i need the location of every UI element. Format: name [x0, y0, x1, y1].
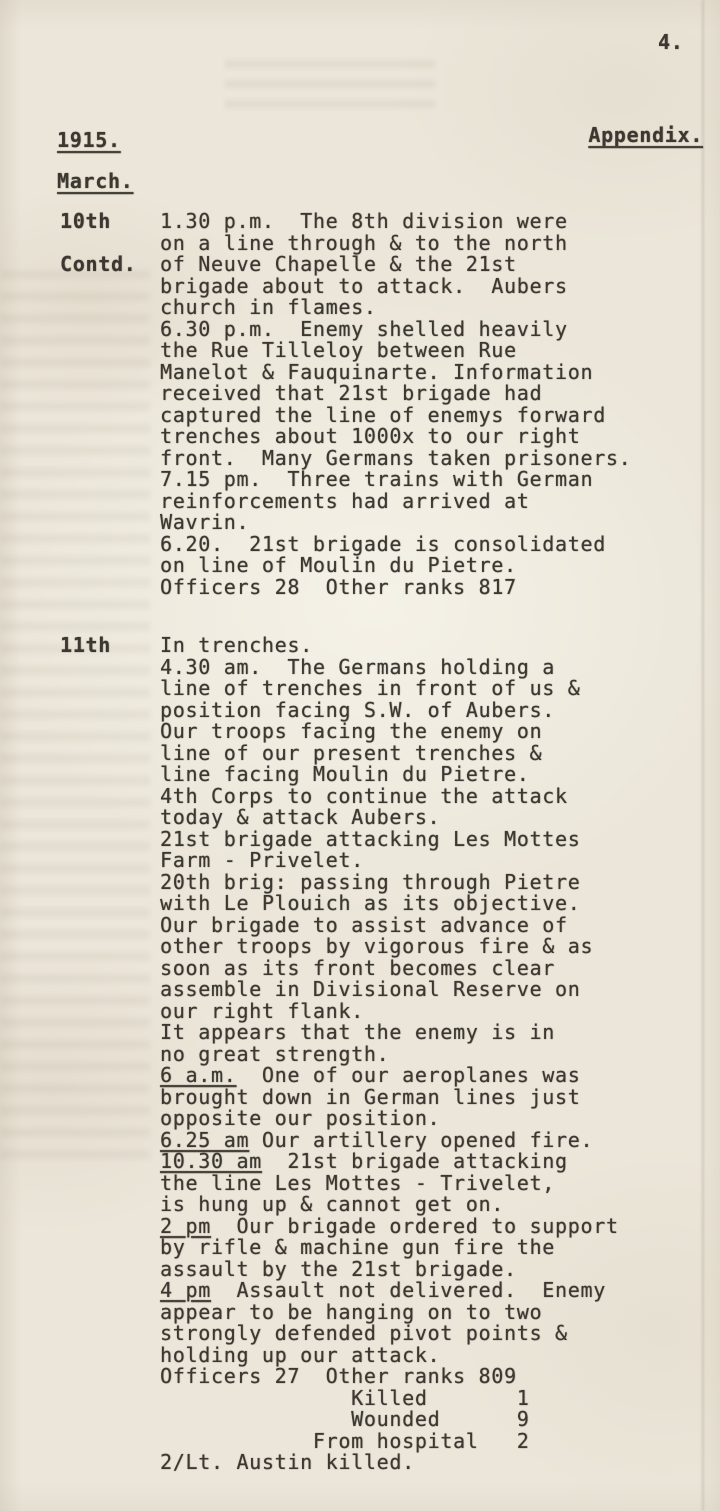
entry-date-label: 11th [60, 635, 111, 657]
paper-bleed-texture [225, 60, 435, 115]
casualty-label: Wounded [351, 1407, 440, 1431]
entry-line: front. Many Germans taken prisoners. [160, 448, 707, 470]
underlined-time: 2 pm [160, 1214, 211, 1238]
entry-line: assault by the 21st brigade. [160, 1259, 707, 1281]
entry-line: assemble in Divisional Reserve on [160, 979, 707, 1001]
entry-line: Officers 28 Other ranks 817 [160, 577, 707, 599]
entry-line: church in flames. [160, 297, 707, 319]
casualty-value: 1 [517, 1386, 530, 1410]
entry-line: reinforcements had arrived at [160, 491, 707, 513]
entry-line: appear to be hanging on to two [160, 1302, 707, 1324]
entry-line: on line of Moulin du Pietre. [160, 555, 707, 577]
entry-date-column: 11th [57, 635, 160, 1474]
entry-body: In trenches.4.30 am. The Germans holding… [160, 635, 707, 1474]
entry-line: brigade about to attack. Aubers [160, 276, 707, 298]
diary-entries: 10thContd. 1.30 p.m. The 8th division we… [57, 211, 707, 1474]
year-heading: 1915. [57, 128, 121, 152]
entry-line: the line Les Mottes - Trivelet, [160, 1173, 707, 1195]
entry-line: 6.30 p.m. Enemy shelled heavily [160, 319, 707, 341]
entry-line: line of our present trenches & [160, 743, 707, 765]
entry-line: 6.20. 21st brigade is consolidated [160, 534, 707, 556]
entry-line: Manelot & Fauquinarte. Information [160, 362, 707, 384]
entry-date-label: 10th [60, 211, 111, 233]
entry-line: our right flank. [160, 1001, 707, 1023]
entry-line: 10.30 am 21st brigade attacking [160, 1151, 707, 1173]
entry-line: In trenches. [160, 635, 707, 657]
entry-line: 4th Corps to continue the attack [160, 786, 707, 808]
entry-line: by rifle & machine gun fire the [160, 1237, 707, 1259]
entry-line: 4.30 am. The Germans holding a [160, 657, 707, 679]
entry-line: with Le Plouich as its objective. [160, 893, 707, 915]
underlined-time: 10.30 am [160, 1149, 262, 1173]
month-heading: March. [57, 169, 133, 193]
entry-line: line facing Moulin du Pietre. [160, 764, 707, 786]
casualty-value: 9 [517, 1407, 530, 1431]
diary-entry: 11th In trenches.4.30 am. The Germans ho… [57, 635, 707, 1474]
entry-line: holding up our attack. [160, 1345, 707, 1367]
casualty-label: From hospital [313, 1429, 479, 1453]
underlined-time: 6.25 am [160, 1128, 249, 1152]
entry-line: received that 21st brigade had [160, 383, 707, 405]
entry-line: other troops by vigorous fire & as [160, 936, 707, 958]
document-page: 4. 1915. Appendix. March. 10thContd. 1.3… [0, 0, 720, 1511]
entry-line: 6 a.m. One of our aeroplanes was [160, 1065, 707, 1087]
casualty-label: Killed [351, 1386, 427, 1410]
entry-line: line of trenches in front of us & [160, 678, 707, 700]
underlined-time: 6 a.m. [160, 1063, 236, 1087]
entry-body: 1.30 p.m. The 8th division wereon a line… [160, 211, 707, 598]
entry-line: opposite our position. [160, 1108, 707, 1130]
entry-line: captured the line of enemys forward [160, 405, 707, 427]
entry-line: no great strength. [160, 1044, 707, 1066]
entry-line: Officers 27 Other ranks 809 [160, 1366, 707, 1388]
entry-line: is hung up & cannot get on. [160, 1194, 707, 1216]
appendix-heading: Appendix. [588, 123, 703, 147]
entry-line: 2/Lt. Austin killed. [160, 1452, 707, 1474]
casualty-value: 2 [517, 1429, 530, 1453]
entry-line: Farm - Privelet. [160, 850, 707, 872]
entry-line: the Rue Tilleloy between Rue [160, 340, 707, 362]
entry-line: of Neuve Chapelle & the 21st [160, 254, 707, 276]
entry-line: today & attack Aubers. [160, 807, 707, 829]
entry-line: Our troops facing the enemy on [160, 721, 707, 743]
entry-line: 6.25 am Our artillery opened fire. [160, 1130, 707, 1152]
entry-date-column: 10thContd. [57, 211, 160, 598]
casualty-row: Wounded 9 [160, 1409, 707, 1431]
casualty-row: Killed 1 [160, 1388, 707, 1410]
entry-line: 4 pm Assault not delivered. Enemy [160, 1280, 707, 1302]
underlined-time: 4 pm [160, 1278, 211, 1302]
entry-line: soon as its front becomes clear [160, 958, 707, 980]
entry-line: It appears that the enemy is in [160, 1022, 707, 1044]
entry-date-label: Contd. [60, 254, 136, 276]
entry-line: Our brigade to assist advance of [160, 915, 707, 937]
header-row: 1915. Appendix. [57, 128, 703, 152]
casualty-row: From hospital 2 [160, 1431, 707, 1453]
entry-line: strongly defended pivot points & [160, 1323, 707, 1345]
entry-line: on a line through & to the north [160, 233, 707, 255]
entry-line: trenches about 1000x to our right [160, 426, 707, 448]
entry-line: 7.15 pm. Three trains with German [160, 469, 707, 491]
entry-line: 1.30 p.m. The 8th division were [160, 211, 707, 233]
entry-line: 20th brig: passing through Pietre [160, 872, 707, 894]
entry-line: Wavrin. [160, 512, 707, 534]
entry-line: position facing S.W. of Aubers. [160, 700, 707, 722]
entry-line: 21st brigade attacking Les Mottes [160, 829, 707, 851]
entry-line: 2 pm Our brigade ordered to support [160, 1216, 707, 1238]
entry-line: brought down in German lines just [160, 1087, 707, 1109]
page-number: 4. [658, 30, 683, 54]
diary-entry: 10thContd. 1.30 p.m. The 8th division we… [57, 211, 707, 598]
